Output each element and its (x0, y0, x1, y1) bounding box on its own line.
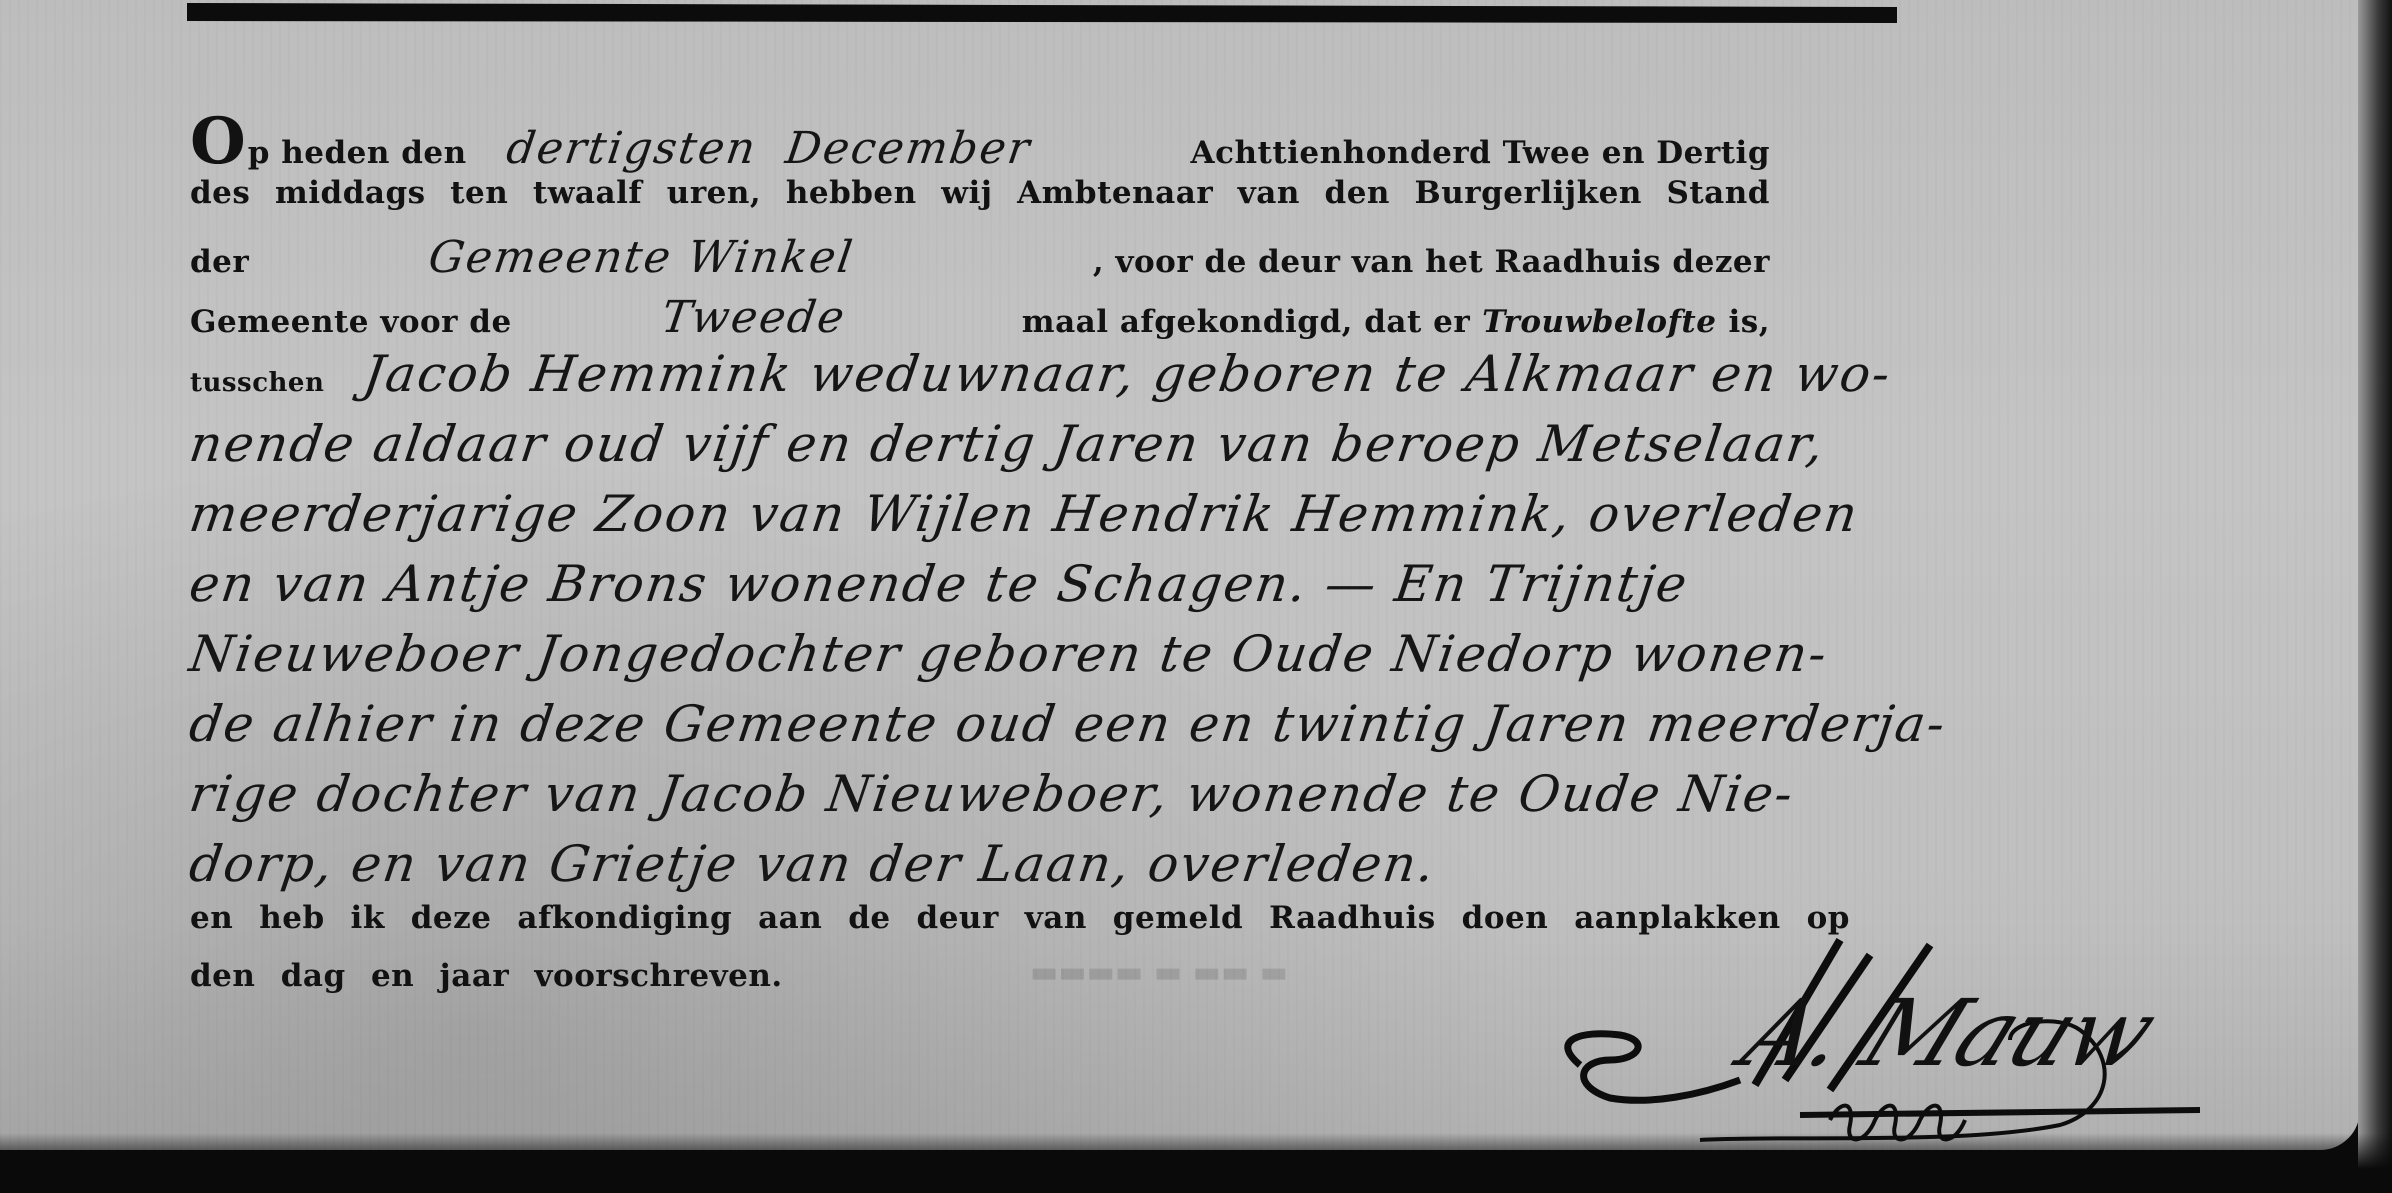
printed-year-text: Achttienhonderd Twee en Dertig (1191, 135, 1770, 171)
scan-bottom-shadow (0, 1133, 2392, 1193)
word: uren, (667, 175, 761, 211)
handwritten-text: Nieuweboer Jongedochter geboren te Oude … (186, 625, 1832, 683)
handwritten-body-line: Jacob Hemmink weduwnaar, geboren te Alkm… (360, 345, 1895, 403)
printed-text: , voor de deur van het Raadhuis dezer (1093, 244, 1770, 280)
word: den (1325, 175, 1390, 211)
printed-line-4: Gemeente voor de Tweede maal afgekondigd… (190, 292, 1770, 343)
handwritten-body-line: en van Antje Brons wonende te Schagen. —… (190, 555, 1688, 613)
word: gemeld (1113, 900, 1243, 936)
word: deze (411, 900, 492, 936)
official-signature: A. Mauw (1540, 920, 2260, 1150)
printed-line-3: der Gemeente Winkel , voor de deur van h… (190, 232, 1770, 283)
bleed-through-text: ▬▬▬▬ ▬ ▬▬ ▬ (1030, 955, 1288, 990)
handwritten-day: dertigsten (503, 123, 760, 174)
printed-line-1: O p heden den dertigsten December Achtti… (190, 110, 1770, 174)
page-edge-shadow (2358, 0, 2392, 1193)
document-page: O p heden den dertigsten December Achtti… (0, 0, 2360, 1150)
word: Burgerlijken (1415, 175, 1642, 211)
printed-line-2: des middags ten twaalf uren, hebben wij … (190, 175, 1770, 211)
word: Raadhuis (1269, 900, 1436, 936)
word: ik (351, 900, 385, 936)
word: ten (450, 175, 508, 211)
handwritten-body-line: meerderjarige Zoon van Wijlen Hendrik He… (190, 485, 1859, 543)
printed-text: p heden den (248, 135, 467, 171)
word: twaalf (533, 175, 642, 211)
signature-name: A. Mauw (1728, 980, 2169, 1087)
word: afkondiging (517, 900, 732, 936)
handwritten-text: nende aldaar oud vijf en dertig Jaren va… (186, 415, 1829, 473)
word: Stand (1666, 175, 1770, 211)
word: aan (758, 900, 822, 936)
printed-text: is, (1728, 304, 1770, 340)
word: des (190, 175, 250, 211)
handwritten-text: rige dochter van Jacob Nieuweboer, wonen… (186, 765, 1798, 823)
word: Ambtenaar (1017, 175, 1213, 211)
handwritten-announcement-number: Tweede (658, 292, 849, 343)
handwritten-body-line: de alhier in deze Gemeente oud een en tw… (190, 695, 1946, 753)
word: van (1238, 175, 1300, 211)
handwritten-body-line: nende aldaar oud vijf en dertig Jaren va… (190, 415, 1825, 473)
handwritten-body-line: dorp, en van Grietje van der Laan, overl… (190, 835, 1436, 893)
handwritten-text: meerderjarige Zoon van Wijlen Hendrik He… (186, 485, 1863, 543)
printed-italic-text: Trouwbelofte (1482, 304, 1716, 340)
handwritten-month: December (783, 123, 1035, 174)
word: van (1025, 900, 1087, 936)
word: heb (259, 900, 324, 936)
printed-line-5: tusschen Jacob Hemmink weduwnaar, gebore… (190, 345, 1892, 403)
handwritten-body-line: rige dochter van Jacob Nieuweboer, wonen… (190, 765, 1794, 823)
handwritten-text: de alhier in deze Gemeente oud een en tw… (186, 695, 1950, 753)
handwritten-text: dorp, en van Grietje van der Laan, overl… (186, 835, 1440, 893)
word: wij (941, 175, 992, 211)
word: de (848, 900, 890, 936)
printed-text: Gemeente voor de (190, 304, 512, 340)
handwritten-body-line: Nieuweboer Jongedochter geboren te Oude … (190, 625, 1828, 683)
handwritten-municipality: Gemeente Winkel (426, 232, 858, 283)
printed-closing-line-2: den dag en jaar voorschreven. (190, 958, 783, 994)
top-border-rule (187, 3, 1897, 23)
word: en (190, 900, 233, 936)
word: deur (917, 900, 999, 936)
printed-text: maal afgekondigd, dat er (1022, 304, 1470, 340)
word: middags (275, 175, 426, 211)
printed-text: der (190, 244, 249, 280)
printed-text: tusschen (190, 368, 324, 398)
drop-cap: O (190, 110, 246, 174)
word: hebben (786, 175, 917, 211)
word: doen (1462, 900, 1549, 936)
handwritten-text: en van Antje Brons wonende te Schagen. —… (186, 555, 1692, 613)
